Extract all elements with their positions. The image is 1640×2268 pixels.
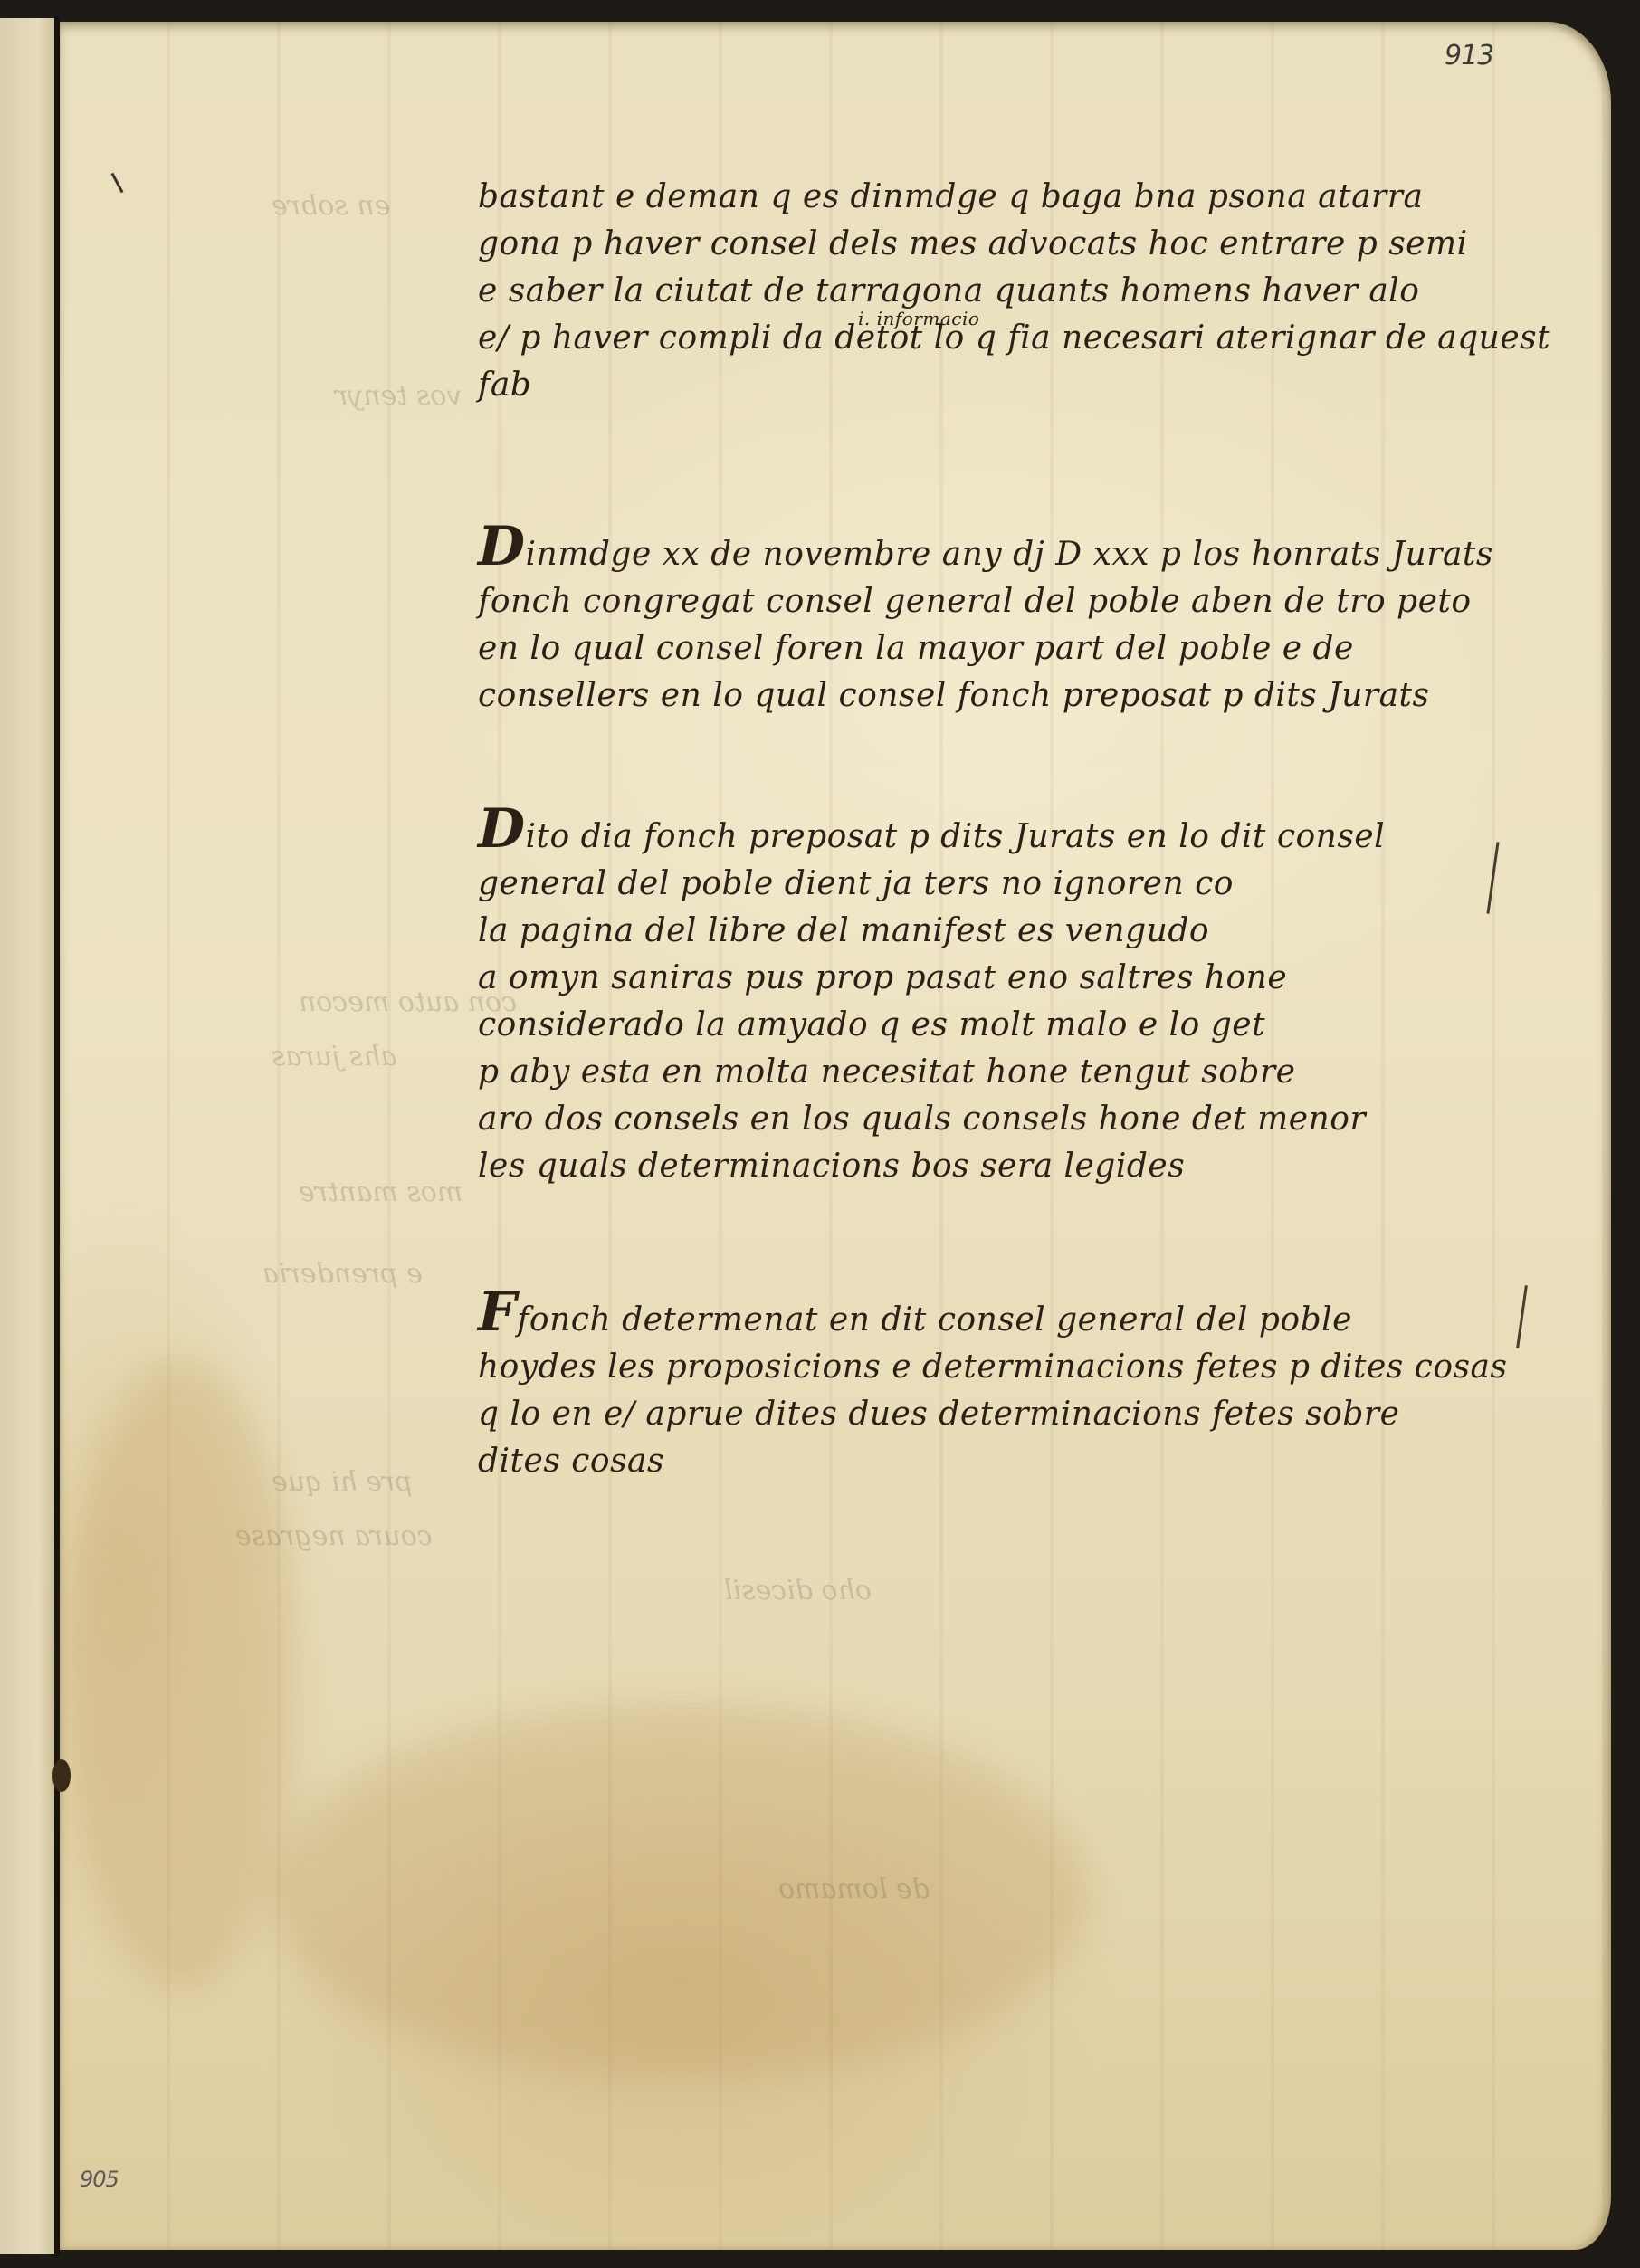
ink-blot: [52, 1759, 71, 1792]
text-line: fonch congregat consel general del poble…: [478, 578, 1546, 625]
edge-stain: [63, 1358, 299, 1991]
drop-cap: F: [478, 1281, 517, 1344]
text-line: e/ p haver compli da detot lo q fia nece…: [478, 315, 1546, 362]
text-line: les quals determinacions bos sera legide…: [478, 1143, 1546, 1190]
text-line: consellers en lo qual consel fonch prepo…: [478, 672, 1546, 719]
text-line: Dinmdge xx de novembre any dj D xxx p lo…: [478, 529, 1546, 578]
text-line: a omyn saniras pus prop pasat eno saltre…: [478, 955, 1546, 1002]
text-line: aro dos consels en los quals consels hon…: [478, 1096, 1546, 1143]
bleed-through-text: ahs juras: [272, 1041, 396, 1072]
drop-cap: D: [478, 797, 526, 861]
paragraph-2: Dinmdge xx de novembre any dj D xxx p lo…: [478, 529, 1546, 719]
bleed-through-text: vos tenyr: [335, 380, 462, 412]
bleed-through-text: mos mantre: [299, 1177, 462, 1208]
bleed-through-text: de lomamo: [778, 1873, 930, 1905]
folio-number-bottom: 905: [80, 2167, 119, 2192]
text-line: bastant e deman q es dinmdge q baga bna …: [478, 174, 1546, 221]
bleed-through-text: e prenderia: [262, 1258, 423, 1290]
text-line: dites cosas: [478, 1438, 1546, 1485]
water-stain: [272, 1701, 1086, 2082]
text-line: fab: [478, 362, 1546, 409]
paragraph-1: bastant e deman q es dinmdge q baga bna …: [478, 174, 1546, 409]
bleed-through-text: en sobre: [272, 190, 390, 222]
bleed-through-text: oho dicesil: [724, 1575, 872, 1606]
facing-leaf-edge: [0, 18, 54, 2254]
paragraph-3: Dito dia fonch preposat p dits Jurats en…: [478, 811, 1546, 1190]
text-line: la pagina del libre del manifest es veng…: [478, 908, 1546, 955]
drop-cap: D: [478, 515, 526, 578]
text-line: q lo en e/ aprue dites dues determinacio…: [478, 1391, 1546, 1438]
text-line: gona p haver consel dels mes advocats ho…: [478, 221, 1546, 268]
bleed-through-text: coura negrase: [235, 1520, 433, 1552]
text-line: p aby esta en molta necesitat hone tengu…: [478, 1049, 1546, 1096]
folio-number-top: 913: [1445, 40, 1493, 71]
text-line: Dito dia fonch preposat p dits Jurats en…: [478, 811, 1546, 861]
bleed-through-text: pre hi que: [272, 1466, 413, 1498]
text-line: considerado la amyado q es molt malo e l…: [478, 1002, 1546, 1049]
text-line: en lo qual consel foren la mayor part de…: [478, 625, 1546, 672]
paragraph-4: Ffonch determenat en dit consel general …: [478, 1294, 1546, 1485]
text-line: general del poble dient ja ters no ignor…: [478, 861, 1546, 908]
text-line: e saber la ciutat de tarragona quants ho…: [478, 268, 1546, 315]
text-line: hoydes les proposicions e determinacions…: [478, 1344, 1546, 1391]
text-line: Ffonch determenat en dit consel general …: [478, 1294, 1546, 1344]
